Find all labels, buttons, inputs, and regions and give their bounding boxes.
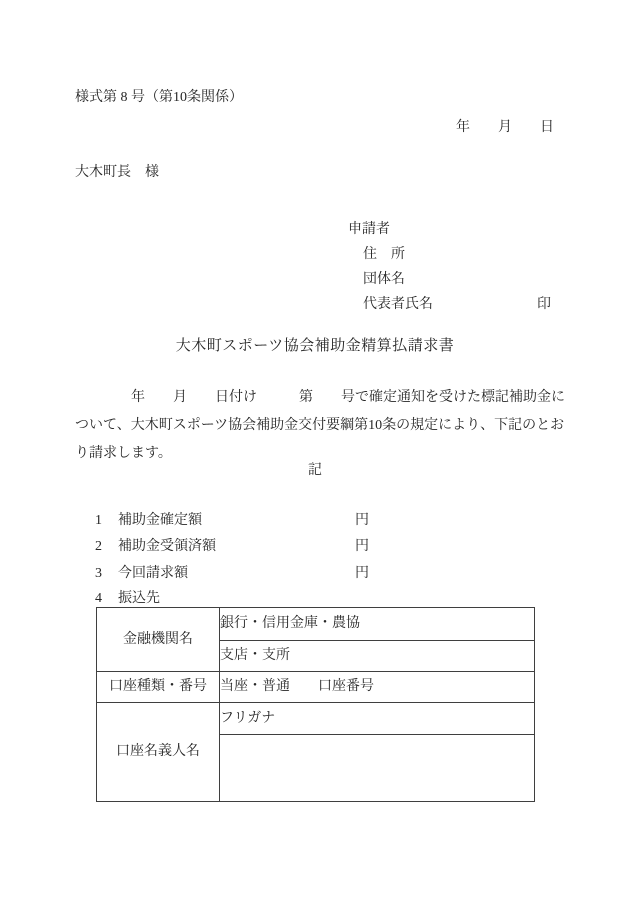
list-item: 4 振込先 — [0, 589, 630, 609]
list-item: 2 補助金受領済額 円 — [0, 537, 630, 557]
applicant-organization-label: 団体名 — [363, 270, 405, 290]
list-item: 1 補助金確定額 円 — [0, 511, 630, 531]
institution-type-cell: 銀行・信用金庫・農協 — [220, 608, 535, 641]
item-number: 2 — [95, 537, 102, 557]
furigana-label-cell: フリガナ — [220, 703, 535, 735]
body-line-1: 年 月 日付け 第 号で確定通知を受けた標記補助金に — [75, 388, 565, 408]
item-unit: 円 — [355, 537, 369, 557]
addressee: 大木町長 様 — [75, 163, 159, 183]
item-unit: 円 — [355, 564, 369, 584]
date-line: 年 月 日 — [456, 118, 554, 138]
item-label: 振込先 — [118, 589, 160, 609]
account-holder-label-cell: 口座名義人名 — [97, 703, 220, 802]
seal-mark: 印 — [537, 295, 551, 315]
applicant-representative-label: 代表者氏名 — [363, 295, 433, 315]
applicant-address-label: 住 所 — [363, 245, 405, 265]
account-type-label-cell: 口座種類・番号 — [97, 672, 220, 703]
item-number: 1 — [95, 511, 102, 531]
form-number-note: 様式第 8 号（第10条関係） — [75, 88, 243, 108]
bank-transfer-table: 金融機関名 銀行・信用金庫・農協 支店・支所 口座種類・番号 当座・普通 口座番… — [96, 607, 535, 802]
item-number: 3 — [95, 564, 102, 584]
item-label: 今回請求額 — [118, 564, 188, 584]
branch-type-cell: 支店・支所 — [220, 641, 535, 672]
item-unit: 円 — [355, 511, 369, 531]
document-title: 大木町スポーツ協会補助金精算払請求書 — [0, 336, 630, 356]
item-number: 4 — [95, 589, 102, 609]
item-label: 補助金確定額 — [118, 511, 202, 531]
item-label: 補助金受領済額 — [118, 537, 216, 557]
record-mark: 記 — [0, 461, 630, 481]
account-holder-blank-cell — [220, 735, 535, 802]
body-line-2: ついて、大木町スポーツ協会補助金交付要綱第10条の規定により、下記のとお — [75, 416, 564, 436]
institution-name-label-cell: 金融機関名 — [97, 608, 220, 672]
document-page: 様式第 8 号（第10条関係） 年 月 日 大木町長 様 申請者 住 所 団体名… — [0, 0, 630, 903]
applicant-heading: 申請者 — [348, 220, 390, 240]
account-type-value-cell: 当座・普通 口座番号 — [220, 672, 535, 703]
list-item: 3 今回請求額 円 — [0, 564, 630, 584]
